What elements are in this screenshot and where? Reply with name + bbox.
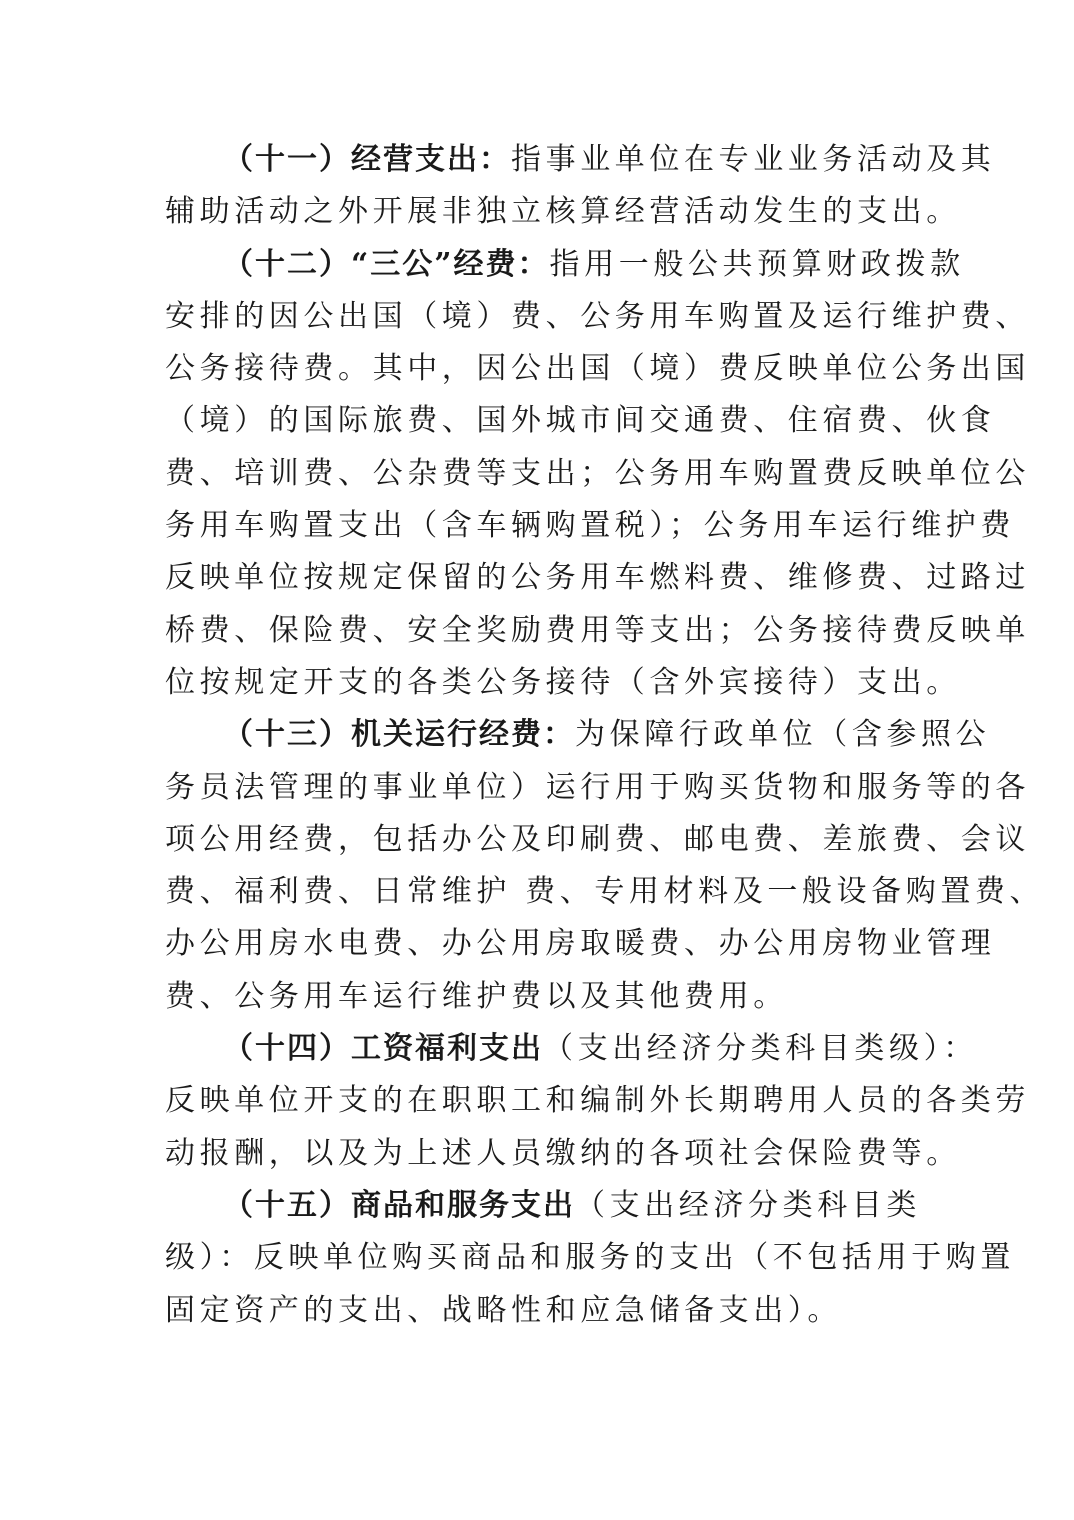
paragraph-12-line-7: 反映单位按规定保留的公务用车燃料费、维修费、过路过 (165, 552, 890, 604)
paragraph-12-line-1: （十二）“三公”经费：指用一般公共预算财政拨款 (165, 239, 890, 291)
body-text: 项公用经费，包括办公及印刷费、邮电费、差旅费、会议 (165, 822, 1030, 857)
paragraph-12-line-9: 位按规定开支的各类公务接待（含外宾接待）支出。 (165, 657, 890, 709)
paragraph-15-line-3: 固定资产的支出、战略性和应急储备支出）。 (165, 1285, 890, 1337)
body-text: 固定资产的支出、战略性和应急储备支出）。 (165, 1293, 842, 1328)
paragraph-13-line-6: 费、公务用车运行维护费以及其他费用。 (165, 971, 890, 1023)
paragraph-13-line-2: 务员法管理的事业单位）运行用于购买货物和服务等的各 (165, 762, 890, 814)
section-heading-12: （十二）“三公”经费： (223, 247, 550, 282)
body-text: （支出经济分类科目类 (575, 1188, 921, 1223)
section-heading-15: （十五）商品和服务支出 (223, 1188, 575, 1223)
section-heading-11: （十一）经营支出： (223, 142, 511, 177)
body-text: （支出经济分类科目类级）： (543, 1031, 978, 1066)
paragraph-15-line-2: 级）：反映单位购买商品和服务的支出（不包括用于购置 (165, 1232, 890, 1284)
paragraph-15-line-1: （十五）商品和服务支出（支出经济分类科目类 (165, 1180, 890, 1232)
paragraph-12-line-5: 费、培训费、公杂费等支出；公务用车购置费反映单位公 (165, 448, 890, 500)
body-text: 为保障行政单位（含参照公 (575, 717, 990, 752)
paragraph-12-line-6: 务用车购置支出（含车辆购置税）；公务用车运行维护费 (165, 500, 890, 552)
section-heading-14: （十四）工资福利支出 (223, 1031, 543, 1066)
body-text: 辅助活动之外开展非独立核算经营活动发生的支出。 (165, 194, 961, 229)
body-text: 务员法管理的事业单位）运行用于购买货物和服务等的各 (165, 770, 1030, 805)
paragraph-12-line-2: 安排的因公出国（境）费、公务用车购置及运行维护费、 (165, 291, 890, 343)
body-text: 反映单位开支的在职职工和编制外长期聘用人员的各类劳 (165, 1083, 1030, 1118)
paragraph-14-line-1: （十四）工资福利支出（支出经济分类科目类级）： (165, 1023, 890, 1075)
body-text: 级）：反映单位购买商品和服务的支出（不包括用于购置 (165, 1240, 1015, 1275)
section-heading-13: （十三）机关运行经费： (223, 717, 575, 752)
body-text: 指事业单位在专业业务活动及其 (511, 142, 995, 177)
body-text: 办公用房水电费、办公用房取暖费、办公用房物业管理 (165, 926, 995, 961)
paragraph-13-line-3: 项公用经费，包括办公及印刷费、邮电费、差旅费、会议 (165, 814, 890, 866)
paragraph-14-line-3: 动报酬，以及为上述人员缴纳的各项社会保险费等。 (165, 1128, 890, 1180)
paragraph-11-line-1: （十一）经营支出：指事业单位在专业业务活动及其 (165, 134, 890, 186)
body-text: 费、福利费、日常维护 费、专用材料及一般设备购置费、 (165, 874, 1044, 909)
body-text: 动报酬，以及为上述人员缴纳的各项社会保险费等。 (165, 1136, 961, 1171)
paragraph-12-line-8: 桥费、保险费、安全奖励费用等支出；公务接待费反映单 (165, 605, 890, 657)
paragraph-13-line-4: 费、福利费、日常维护 费、专用材料及一般设备购置费、 (165, 866, 890, 918)
body-text: 桥费、保险费、安全奖励费用等支出；公务接待费反映单 (165, 613, 1030, 648)
paragraph-13-line-1: （十三）机关运行经费：为保障行政单位（含参照公 (165, 709, 890, 761)
body-text: 务用车购置支出（含车辆购置税）；公务用车运行维护费 (165, 508, 1015, 543)
body-text: 指用一般公共预算财政拨款 (550, 247, 965, 282)
body-text: 公务接待费。其中，因公出国（境）费反映单位公务出国 (165, 351, 1030, 386)
body-text: 反映单位按规定保留的公务用车燃料费、维修费、过路过 (165, 560, 1030, 595)
paragraph-12-line-3: 公务接待费。其中，因公出国（境）费反映单位公务出国 (165, 343, 890, 395)
body-text: 费、培训费、公杂费等支出；公务用车购置费反映单位公 (165, 456, 1030, 491)
paragraph-11-line-2: 辅助活动之外开展非独立核算经营活动发生的支出。 (165, 186, 890, 238)
paragraph-13-line-5: 办公用房水电费、办公用房取暖费、办公用房物业管理 (165, 918, 890, 970)
document-page: （十一）经营支出：指事业单位在专业业务活动及其 辅助活动之外开展非独立核算经营活… (165, 134, 890, 1337)
body-text: 费、公务用车运行维护费以及其他费用。 (165, 979, 788, 1014)
paragraph-14-line-2: 反映单位开支的在职职工和编制外长期聘用人员的各类劳 (165, 1075, 890, 1127)
body-text: （境）的国际旅费、国外城市间交通费、住宿费、伙食 (165, 403, 995, 438)
paragraph-12-line-4: （境）的国际旅费、国外城市间交通费、住宿费、伙食 (165, 395, 890, 447)
body-text: 安排的因公出国（境）费、公务用车购置及运行维护费、 (165, 299, 1030, 334)
body-text: 位按规定开支的各类公务接待（含外宾接待）支出。 (165, 665, 961, 700)
